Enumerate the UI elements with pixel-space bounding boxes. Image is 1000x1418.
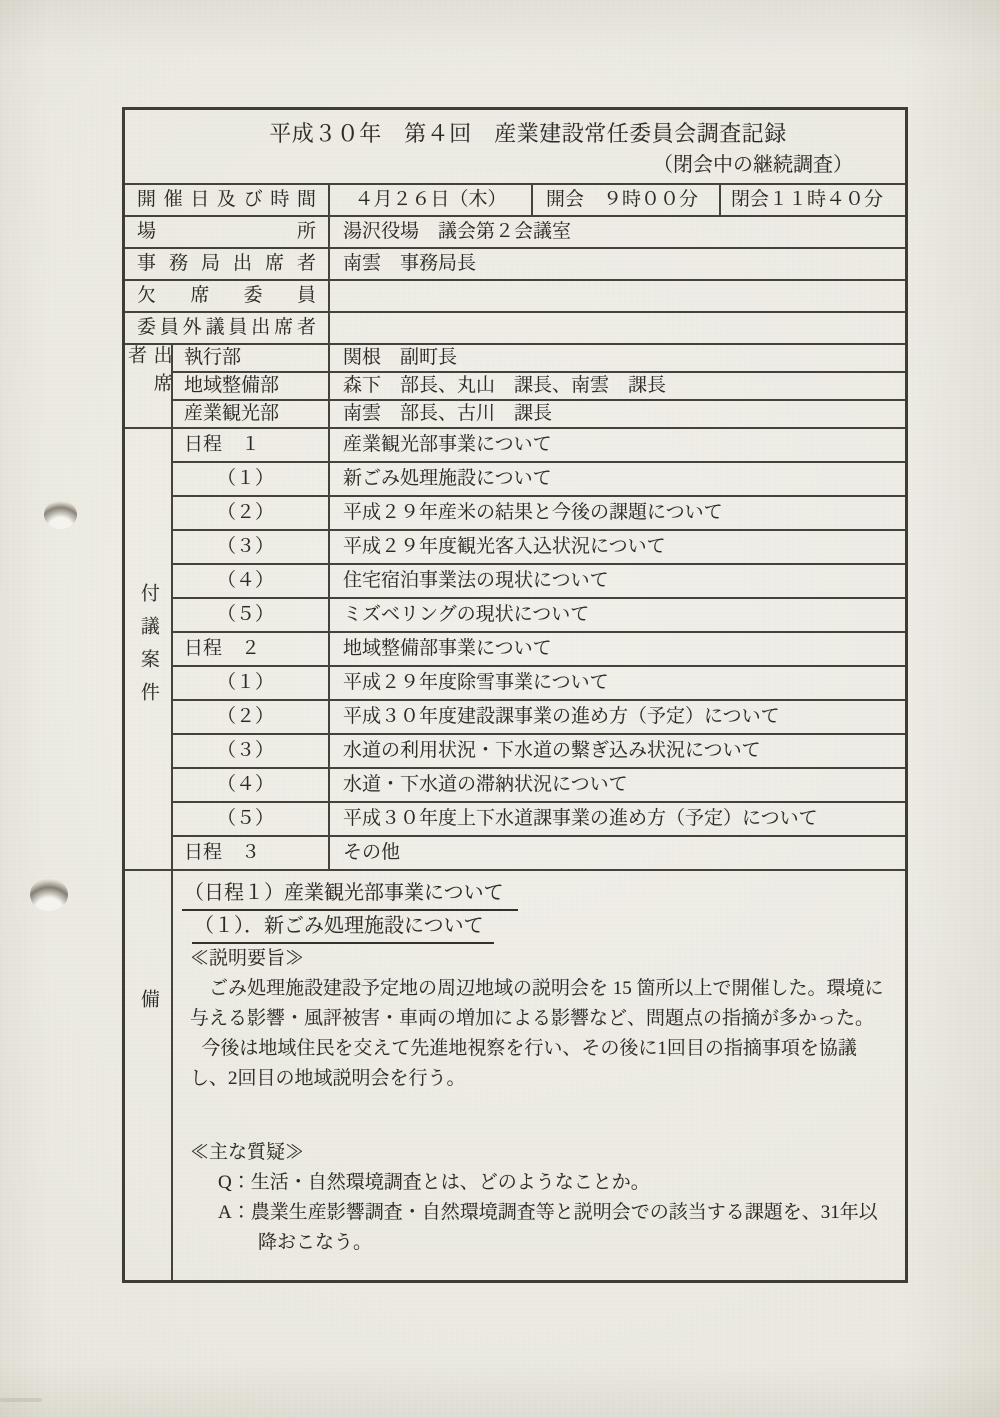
document-header: 平成３０年 第４回 産業建設常任委員会調査記録 （閉会中の継続調査） bbox=[125, 110, 905, 183]
agenda-no: （５） bbox=[173, 803, 328, 835]
attendee-dept: 産業観光部 bbox=[173, 401, 328, 427]
agenda-text: 住宅宿泊事業法の現状について bbox=[328, 565, 905, 597]
agenda-row: 日程 ３ その他 bbox=[173, 835, 905, 869]
agenda-row: （１） 新ごみ処理施設について bbox=[173, 461, 905, 495]
agenda-text: 平成２９年度観光客入込状況について bbox=[328, 531, 905, 563]
agenda-row: 日程 １ 産業観光部事業について bbox=[173, 429, 905, 461]
meeting-record-table: 平成３０年 第４回 産業建設常任委員会調査記録 （閉会中の継続調査） 開催日及び… bbox=[122, 107, 908, 1283]
agenda-no: 日程 １ bbox=[173, 429, 328, 461]
row-date-time: 開催日及び時間 ４月２６日（木） 開会 ９時００分 閉会１１時４０分 bbox=[125, 183, 905, 215]
absent-members-label: 欠席委員 bbox=[125, 282, 328, 310]
attendee-row: 執行部 関根 副町長 bbox=[173, 345, 905, 371]
agenda-no: （２） bbox=[173, 497, 328, 529]
meeting-date: ４月２６日（木） bbox=[328, 185, 531, 215]
agenda-no: （１） bbox=[173, 463, 328, 495]
agenda-no: （３） bbox=[173, 735, 328, 767]
question-line: Q：生活・自然環境調査とは、どのようなことか。 bbox=[218, 1168, 893, 1198]
binder-hole-shadow-top bbox=[44, 500, 77, 529]
agenda-row: （２） 平成３０年度建設課事業の進め方（予定）について bbox=[173, 699, 905, 733]
secretariat-label: 事務局出席者 bbox=[125, 250, 328, 278]
row-absent-members: 欠席委員 bbox=[125, 279, 905, 311]
agenda-row: （４） 住宅宿泊事業法の現状について bbox=[173, 563, 905, 597]
agenda-text: 平成３０年度上下水道課事業の進め方（予定）について bbox=[328, 803, 905, 835]
agenda-text: 地域整備部事業について bbox=[328, 633, 905, 665]
agenda-row: （３） 水道の利用状況・下水道の繋ぎ込み状況について bbox=[173, 733, 905, 767]
agenda-no: （３） bbox=[173, 531, 328, 563]
agenda-no: （５） bbox=[173, 599, 328, 631]
agenda-row: （２） 平成２９年産米の結果と今後の課題について bbox=[173, 495, 905, 529]
nonmember-councillors-label: 委員外議員出席者 bbox=[125, 314, 328, 342]
notes-section: 備 （日程１）産業観光部事業について （１）．新ごみ処理施設について ≪説明要旨… bbox=[125, 869, 905, 1280]
document-subtitle: （閉会中の継続調査） bbox=[125, 152, 905, 179]
notes-content: （日程１）産業観光部事業について （１）．新ごみ処理施設について ≪説明要旨≫ … bbox=[173, 871, 905, 1280]
attendees-section-label: 出席者 bbox=[122, 345, 173, 427]
notes-heading-agenda1: （日程１）産業観光部事業について bbox=[182, 878, 518, 911]
agenda-no: （２） bbox=[173, 701, 328, 733]
attendee-dept: 執行部 bbox=[173, 345, 328, 371]
agenda-text: 平成３０年度建設課事業の進め方（予定）について bbox=[328, 701, 905, 733]
place-value: 湯沢役場 議会第２会議室 bbox=[328, 217, 905, 247]
place-label: 場所 bbox=[125, 218, 328, 246]
absent-members-value bbox=[328, 281, 905, 311]
attendees-section: 出席者 執行部 関根 副町長 地域整備部 森下 部長、丸山 課長、南雲 課長 産… bbox=[125, 343, 905, 427]
agenda-no: 日程 ２ bbox=[173, 633, 328, 665]
document-title: 平成３０年 第４回 産業建設常任委員会調査記録 bbox=[125, 119, 905, 149]
attendee-names: 南雲 部長、古川 課長 bbox=[328, 401, 905, 427]
summary-paragraph-1: ごみ処理施設建設予定地の周辺地域の説明会を 15 箇所以上で開催した。環境に与え… bbox=[190, 974, 893, 1034]
agenda-section: 付議案件 日程 １ 産業観光部事業について （１） 新ごみ処理施設について （２… bbox=[125, 427, 905, 869]
agenda-text: 平成２９年度除雪事業について bbox=[328, 667, 905, 699]
agenda-text: 新ごみ処理施設について bbox=[328, 463, 905, 495]
agenda-no: （４） bbox=[173, 565, 328, 597]
attendee-dept: 地域整備部 bbox=[173, 373, 328, 399]
agenda-row: （１） 平成２９年度除雪事業について bbox=[173, 665, 905, 699]
answer-line: A：農業生産影響調査・自然環境調査等と説明会での該当する課題を、31年以降おこな… bbox=[218, 1198, 893, 1258]
opening-time: 開会 ９時００分 bbox=[531, 185, 719, 215]
row-place: 場所 湯沢役場 議会第２会議室 bbox=[125, 215, 905, 247]
attendee-row: 地域整備部 森下 部長、丸山 課長、南雲 課長 bbox=[173, 371, 905, 399]
attendee-names: 関根 副町長 bbox=[328, 345, 905, 371]
agenda-text: 産業観光部事業について bbox=[328, 429, 905, 461]
summary-paragraph-2: 今後は地域住民を交えて先進地視察を行い、その後に1回目の指摘事項を協議し、2回目… bbox=[190, 1034, 893, 1094]
agenda-row: （５） 平成３０年度上下水道課事業の進め方（予定）について bbox=[173, 801, 905, 835]
agenda-no: （４） bbox=[173, 769, 328, 801]
binder-hole-shadow-bottom bbox=[30, 878, 68, 911]
agenda-text: 平成２９年産米の結果と今後の課題について bbox=[328, 497, 905, 529]
agenda-text: 水道・下水道の滞納状況について bbox=[328, 769, 905, 801]
agenda-no: （１） bbox=[173, 667, 328, 699]
agenda-row: （５） ミズベリングの現状について bbox=[173, 597, 905, 631]
agenda-section-label: 付議案件 bbox=[135, 583, 161, 715]
attendee-names: 森下 部長、丸山 課長、南雲 課長 bbox=[328, 373, 905, 399]
row-nonmember-councillors: 委員外議員出席者 bbox=[125, 311, 905, 343]
notes-section-label: 備 bbox=[135, 989, 161, 1008]
agenda-row: 日程 ２ 地域整備部事業について bbox=[173, 631, 905, 665]
agenda-text: その他 bbox=[328, 837, 905, 869]
row-secretariat: 事務局出席者 南雲 事務局長 bbox=[125, 247, 905, 279]
nonmember-councillors-value bbox=[328, 313, 905, 343]
agenda-row: （３） 平成２９年度観光客入込状況について bbox=[173, 529, 905, 563]
agenda-row: （４） 水道・下水道の滞納状況について bbox=[173, 767, 905, 801]
date-time-label: 開催日及び時間 bbox=[125, 186, 328, 214]
notes-heading-item1: （１）．新ごみ処理施設について bbox=[192, 911, 494, 944]
closing-time: 閉会１１時４０分 bbox=[719, 185, 905, 215]
agenda-text: ミズベリングの現状について bbox=[328, 599, 905, 631]
qa-title: ≪主な質疑≫ bbox=[190, 1138, 893, 1168]
scanned-page: 平成３０年 第４回 産業建設常任委員会調査記録 （閉会中の継続調査） 開催日及び… bbox=[0, 0, 1000, 1418]
scan-edge-mark bbox=[0, 1398, 42, 1402]
agenda-text: 水道の利用状況・下水道の繋ぎ込み状況について bbox=[328, 735, 905, 767]
summary-title: ≪説明要旨≫ bbox=[190, 944, 893, 974]
secretariat-value: 南雲 事務局長 bbox=[328, 249, 905, 279]
attendee-row: 産業観光部 南雲 部長、古川 課長 bbox=[173, 399, 905, 427]
agenda-no: 日程 ３ bbox=[173, 837, 328, 869]
